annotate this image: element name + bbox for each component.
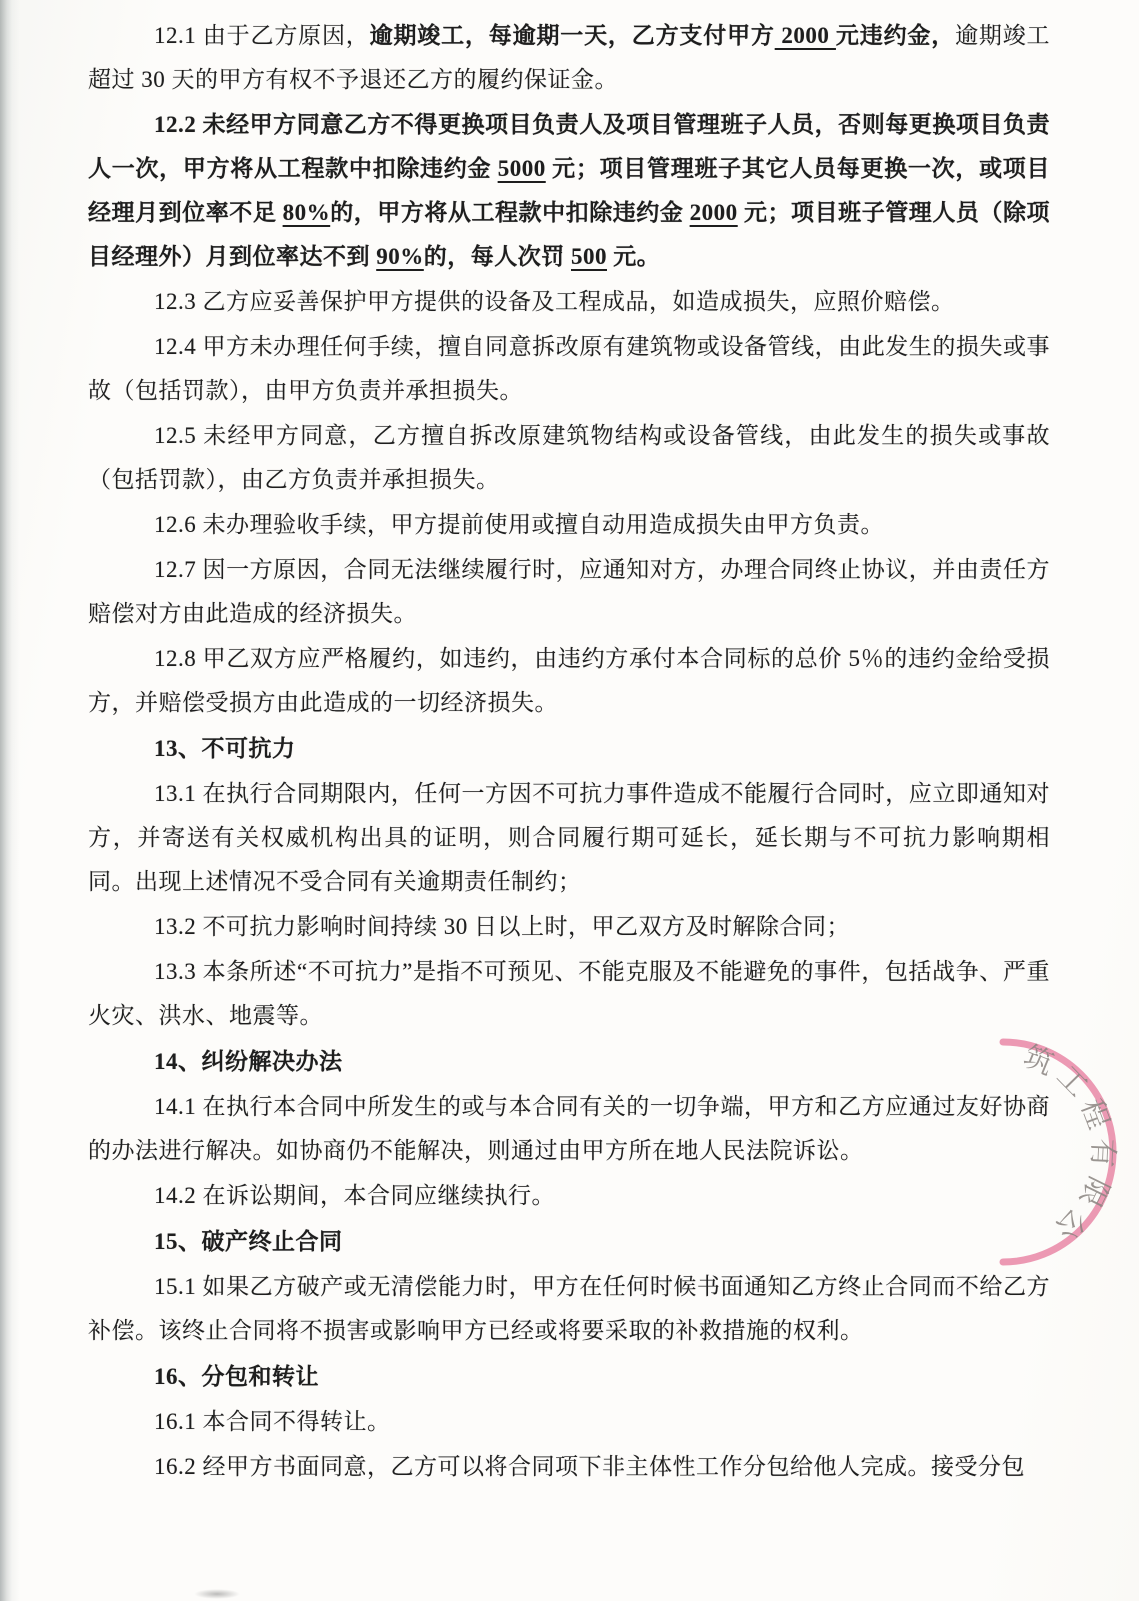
clause-14-1: 14.1 在执行本合同中所发生的或与本合同有关的一切争端，甲方和乙方应通过友好协…: [88, 1085, 1050, 1173]
text-segment: 13.1 在执行合同期限内，任何一方因不可抗力事件造成不能履行合同时，应立即通知…: [88, 781, 1050, 894]
text-segment: 12.5 未经甲方同意，乙方擅自拆改原建筑物结构或设备管线，由此发生的损失或事故…: [88, 423, 1050, 492]
text-segment: 15.1 如果乙方破产或无清偿能力时，甲方在任何时候书面通知乙方终止合同而不给乙…: [88, 1274, 1050, 1343]
heading-text: 16、分包和转让: [154, 1364, 319, 1389]
heading-14-dispute-resolution: 14、纠纷解决办法: [88, 1040, 1050, 1084]
clause-13-3: 13.3 本条所述“不可抗力”是指不可预见、不能克服及不能避免的事件，包括战争、…: [88, 950, 1050, 1038]
text-segment: 的，每人次罚: [424, 244, 571, 269]
heading-text: 13、不可抗力: [154, 736, 296, 761]
attendance-rate: 90%: [376, 244, 424, 269]
clause-12-2: 12.2 未经甲方同意乙方不得更换项目负责人及项目管理班子人员，否则每更换项目负…: [88, 103, 1050, 279]
clause-12-8: 12.8 甲乙双方应严格履约，如违约，由违约方承付本合同标的总价 5％的违约金给…: [88, 637, 1050, 725]
clause-12-4: 12.4 甲方未办理任何手续，擅自同意拆改原有建筑物或设备管线，由此发生的损失或…: [88, 325, 1050, 413]
clause-12-7: 12.7 因一方原因，合同无法继续履行时，应通知对方，办理合同终止协议，并由责任…: [88, 548, 1050, 636]
text-segment: 13.3 本条所述“不可抗力”是指不可预见、不能克服及不能避免的事件，包括战争、…: [88, 959, 1050, 1028]
text-segment: 14.1 在执行本合同中所发生的或与本合同有关的一切争端，甲方和乙方应通过友好协…: [88, 1094, 1050, 1163]
scan-edge-shadow: [0, 0, 20, 1601]
clause-12-1: 12.1 由于乙方原因，逾期竣工，每逾期一天，乙方支付甲方 2000 元违约金，…: [88, 14, 1050, 102]
contract-page: 12.1 由于乙方原因，逾期竣工，每逾期一天，乙方支付甲方 2000 元违约金，…: [0, 0, 1139, 1601]
contract-text: 12.1 由于乙方原因，逾期竣工，每逾期一天，乙方支付甲方 2000 元违约金，…: [88, 14, 1050, 1490]
attendance-rate: 80%: [283, 200, 331, 225]
heading-text: 15、破产终止合同: [154, 1229, 343, 1254]
clause-16-1: 16.1 本合同不得转让。: [88, 1400, 1050, 1444]
penalty-amount: 2000: [690, 200, 738, 225]
clause-12-3: 12.3 乙方应妥善保护甲方提供的设备及工程成品，如造成损失，应照价赔偿。: [88, 280, 1050, 324]
text-segment: 12.3 乙方应妥善保护甲方提供的设备及工程成品，如造成损失，应照价赔偿。: [154, 289, 955, 314]
heading-15-bankruptcy-termination: 15、破产终止合同: [88, 1220, 1050, 1264]
clause-12-6: 12.6 未办理验收手续，甲方提前使用或擅自动用造成损失由甲方负责。: [88, 503, 1050, 547]
text-segment: 元违约金，: [836, 23, 955, 48]
text-segment: 16.1 本合同不得转让。: [154, 1409, 391, 1434]
clause-13-1: 13.1 在执行合同期限内，任何一方因不可抗力事件造成不能履行合同时，应立即通知…: [88, 772, 1050, 904]
clause-13-2: 13.2 不可抗力影响时间持续 30 日以上时，甲乙双方及时解除合同；: [88, 905, 1050, 949]
text-segment: 12.8 甲乙双方应严格履约，如违约，由违约方承付本合同标的总价 5％的违约金给…: [88, 646, 1050, 715]
heading-16-subcontract-transfer: 16、分包和转让: [88, 1355, 1050, 1399]
penalty-amount: 2000: [775, 23, 836, 48]
heading-text: 14、纠纷解决办法: [154, 1049, 343, 1074]
clause-16-2: 16.2 经甲方书面同意，乙方可以将合同项下非主体性工作分包给他人完成。接受分包: [88, 1445, 1050, 1489]
penalty-amount: 5000: [498, 156, 546, 181]
text-segment: 12.6 未办理验收手续，甲方提前使用或擅自动用造成损失由甲方负责。: [154, 512, 884, 537]
scan-smudge: [194, 1589, 240, 1599]
text-segment: 12.1 由于乙方原因，: [154, 23, 370, 48]
clause-15-1: 15.1 如果乙方破产或无清偿能力时，甲方在任何时候书面通知乙方终止合同而不给乙…: [88, 1265, 1050, 1353]
text-segment: 12.4 甲方未办理任何手续，擅自同意拆改原有建筑物或设备管线，由此发生的损失或…: [88, 334, 1050, 403]
text-segment: 14.2 在诉讼期间，本合同应继续执行。: [154, 1183, 555, 1208]
text-segment: 元。: [607, 244, 660, 269]
text-segment: 的，甲方将从工程款中扣除违约金: [330, 200, 690, 225]
heading-13-force-majeure: 13、不可抗力: [88, 727, 1050, 771]
clause-14-2: 14.2 在诉讼期间，本合同应继续执行。: [88, 1174, 1050, 1218]
text-segment: 逾期竣工，每逾期一天，乙方支付甲方: [370, 23, 775, 48]
text-segment: 16.2 经甲方书面同意，乙方可以将合同项下非主体性工作分包给他人完成。接受分包: [154, 1454, 1025, 1479]
text-segment: 12.7 因一方原因，合同无法继续履行时，应通知对方，办理合同终止协议，并由责任…: [88, 557, 1050, 626]
clause-12-5: 12.5 未经甲方同意，乙方擅自拆改原建筑物结构或设备管线，由此发生的损失或事故…: [88, 414, 1050, 502]
penalty-amount: 500: [571, 244, 607, 269]
text-segment: 13.2 不可抗力影响时间持续 30 日以上时，甲乙双方及时解除合同；: [154, 914, 850, 939]
